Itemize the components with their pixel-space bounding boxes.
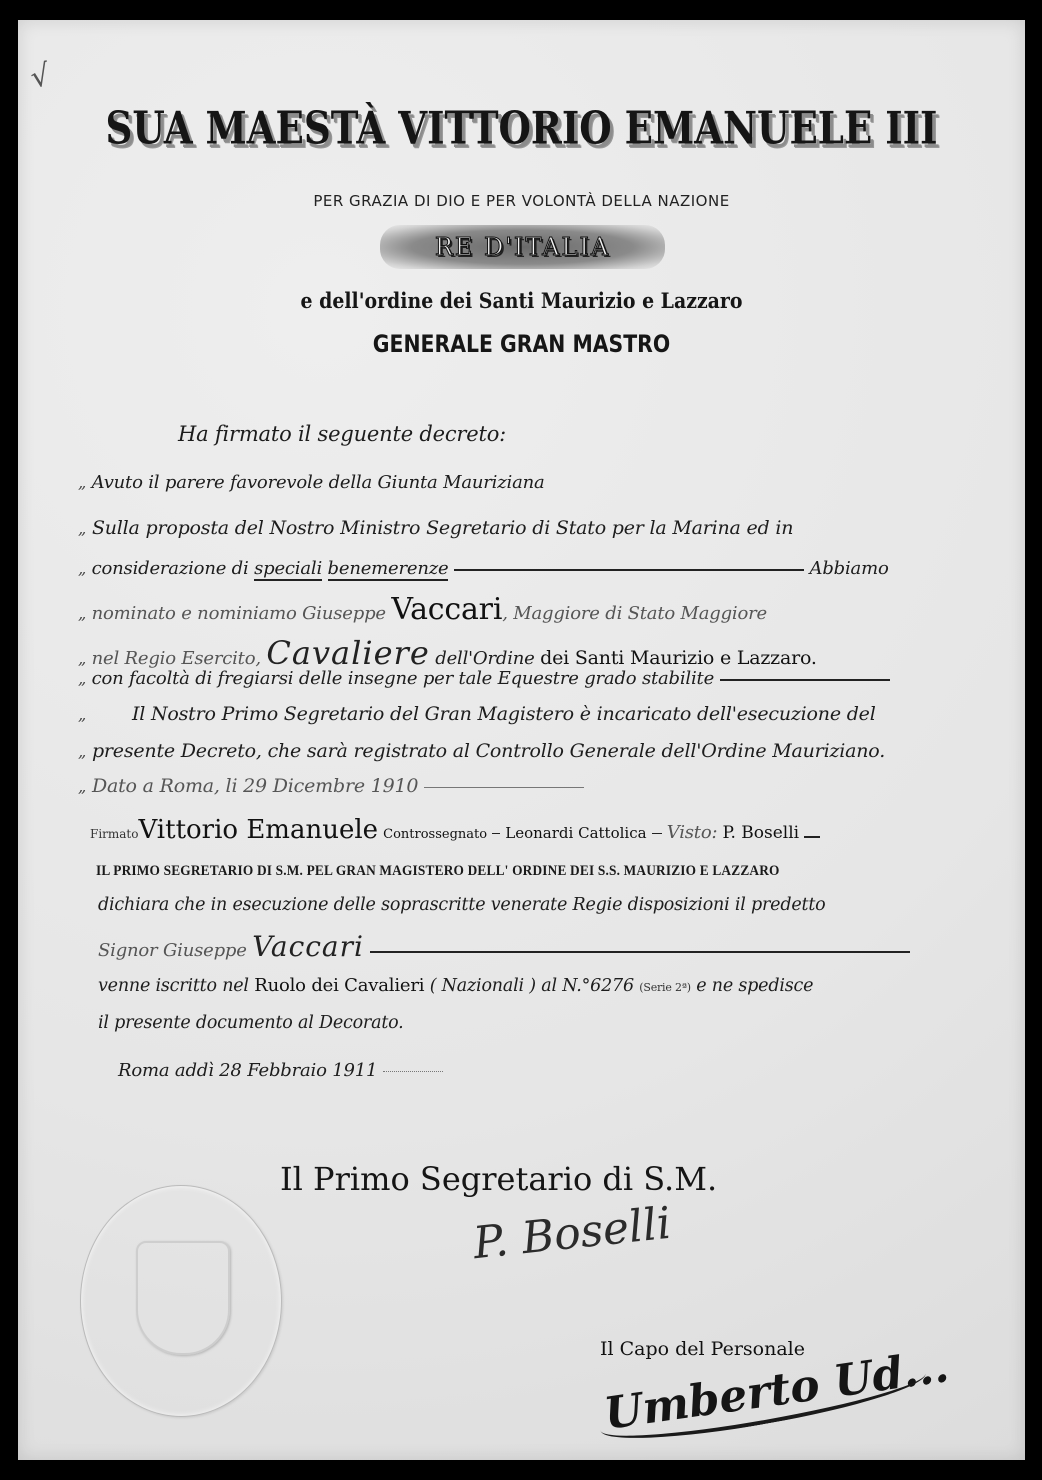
- sovereign-subtitle: PER GRAZIA DI DIO E PER VOLONTÀ DELLA NA…: [18, 192, 1025, 210]
- registration-place-date: Roma addì 28 Febbraio 1911: [118, 1060, 443, 1081]
- order-name-ronde: dei Santi Maurizio e Lazzaro.: [540, 647, 817, 669]
- banner-text: RE D'ITALIA: [435, 233, 610, 261]
- sovereign-title: SUA MAESTÀ VITTORIO EMANUELE III: [53, 102, 990, 155]
- decree-line-6: „ con facoltà di fregiarsi delle insegne…: [78, 668, 890, 689]
- signatures-line: FirmatoVittorio Emanuele Controssegnato …: [90, 815, 820, 845]
- registration-line-1: dichiara che in esecuzione delle soprasc…: [98, 895, 826, 915]
- decree-line-4: „ nominato e nominiamo Giuseppe Vaccari,…: [78, 592, 767, 627]
- corner-check-mark: √: [27, 55, 66, 108]
- certificate-paper: √ SUA MAESTÀ VITTORIO EMANUELE III PER G…: [18, 20, 1025, 1460]
- decree-line-3: „ considerazione di speciali benemerenze…: [78, 558, 889, 581]
- fill-line: [454, 568, 804, 571]
- line-marker: „: [78, 473, 86, 492]
- underlined-speciali: speciali: [254, 558, 322, 581]
- underlined-benemerenze: benemerenze: [328, 558, 449, 581]
- fill-line: [720, 678, 890, 681]
- roll-series: (Serie 2ª): [639, 981, 691, 994]
- registration-line-3: venne iscritto nel Ruolo dei Cavalieri (…: [98, 975, 813, 996]
- decree-intro: Ha firmato il seguente decreto:: [178, 422, 506, 446]
- grand-master-title: GENERALE GRAN MASTRO: [94, 330, 950, 358]
- decree-place-date: Roma, li 29 Dicembre 1910: [160, 775, 419, 797]
- registration-line-2: Signor Giuseppe Vaccari: [98, 930, 910, 963]
- decree-line-1: „ Avuto il parere favorevole della Giunt…: [78, 472, 545, 493]
- decree-line-5: „ nel Regio Esercito, Cavaliere dell'Ord…: [78, 634, 817, 672]
- decree-line-7: „ Il Nostro Primo Segretario del Gran Ma…: [78, 703, 876, 725]
- registration-heading: IL PRIMO SEGRETARIO DI S.M. PEL GRAN MAG…: [96, 863, 780, 880]
- decree-date-line: „ Dato a Roma, li 29 Dicembre 1910: [78, 775, 584, 797]
- re-ditalia-banner: RE D'ITALIA: [380, 225, 665, 269]
- closing-title: Il Primo Segretario di S.M.: [280, 1160, 717, 1198]
- order-line: e dell'ordine dei Santi Maurizio e Lazza…: [68, 288, 974, 313]
- roll-number: 6276: [590, 976, 634, 996]
- registration-line-4: il presente documento al Decorato.: [98, 1013, 404, 1033]
- registered-surname: Vaccari: [252, 930, 364, 963]
- chief-personnel-label: Il Capo del Personale: [600, 1338, 805, 1360]
- decree-line-8: „ presente Decreto, che sarà registrato …: [78, 740, 885, 762]
- rank-cavaliere: Cavaliere: [266, 634, 429, 672]
- controsegnato-name: Leonardi Cattolica: [505, 824, 646, 842]
- embossed-seal: [80, 1185, 282, 1417]
- firmato-name: Vittorio Emanuele: [138, 815, 378, 845]
- recipient-surname: Vaccari: [391, 592, 502, 627]
- visto-name: P. Boselli: [722, 823, 799, 843]
- decree-line-2: „ Sulla proposta del Nostro Ministro Seg…: [78, 517, 793, 539]
- roll-name: Ruolo dei Cavalieri: [254, 975, 424, 996]
- seal-crest-icon: [136, 1241, 230, 1355]
- secretary-signature: P. Boselli: [471, 1198, 674, 1269]
